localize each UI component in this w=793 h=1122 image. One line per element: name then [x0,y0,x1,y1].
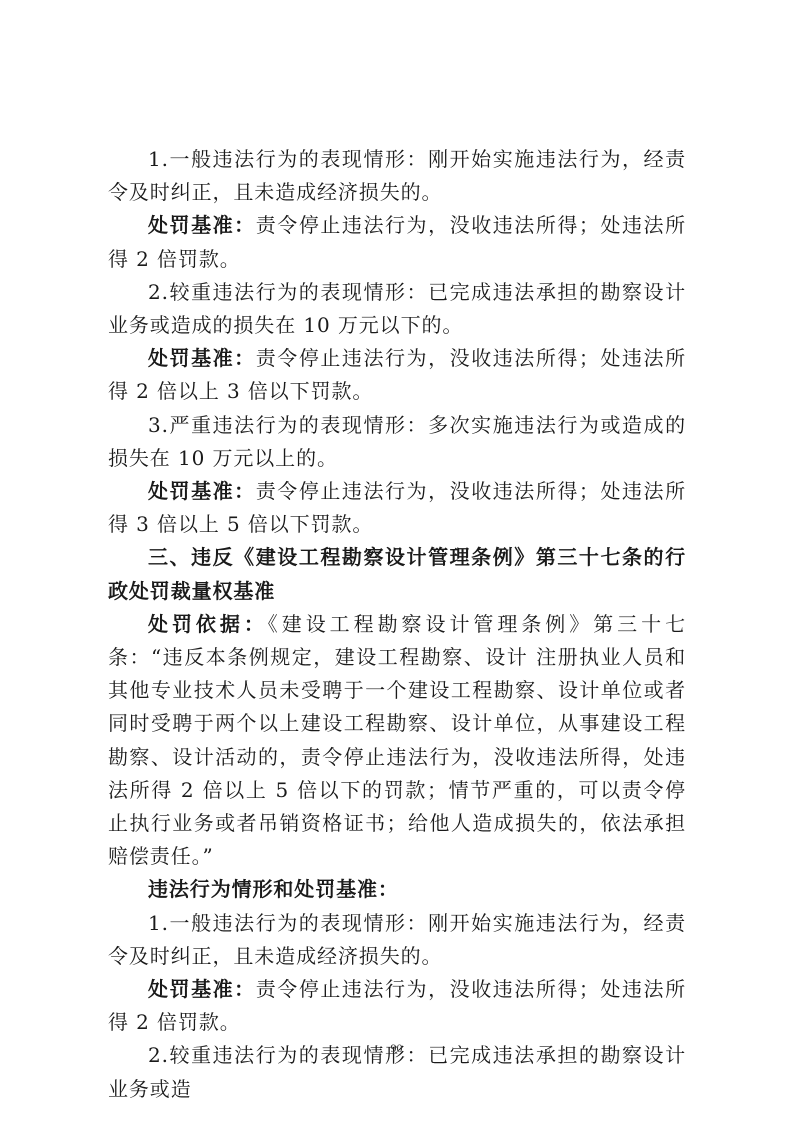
paragraph-penalty-standard: 处罚基准：责令停止违法行为，没收违法所得；处违法所得 3 倍以上 5 倍以下罚款… [108,475,686,541]
penalty-standard-label: 处罚基准： [148,479,256,503]
subsection-heading: 违法行为情形和处罚基准： [108,873,686,906]
document-body: 1.一般违法行为的表现情形：刚开始实施违法行为，经责令及时纠正，且未造成经济损失… [108,143,686,1106]
paragraph-penalty-basis: 处罚依据：《建设工程勘察设计管理条例》第三十七条：“违反本条例规定，建设工程勘察… [108,608,686,874]
paragraph-penalty-standard: 处罚基准：责令停止违法行为，没收违法所得；处违法所得 2 倍以上 3 倍以下罚款… [108,342,686,408]
section-heading: 三、违反《建设工程勘察设计管理条例》第三十七条的行政处罚裁量权基准 [108,541,686,607]
paragraph-penalty-standard: 处罚基准：责令停止违法行为，没收违法所得；处违法所得 2 倍罚款。 [108,973,686,1039]
page-number: 90 [0,1041,793,1056]
paragraph-serious-violation: 2.较重违法行为的表现情形：已完成违法承担的勘察设计业务或造成的损失在 10 万… [108,276,686,342]
paragraph-general-violation: 1.一般违法行为的表现情形：刚开始实施违法行为，经责令及时纠正，且未造成经济损失… [108,907,686,973]
paragraph-general-violation: 1.一般违法行为的表现情形：刚开始实施违法行为，经责令及时纠正，且未造成经济损失… [108,143,686,209]
penalty-standard-label: 处罚基准： [148,977,256,1001]
paragraph-severe-violation: 3.严重违法行为的表现情形：多次实施违法行为或造成的损失在 10 万元以上的。 [108,409,686,475]
paragraph-penalty-standard: 处罚基准：责令停止违法行为，没收违法所得；处违法所得 2 倍罚款。 [108,209,686,275]
penalty-standard-label: 处罚基准： [148,213,256,237]
penalty-basis-label: 处罚依据： [148,612,268,636]
penalty-standard-label: 处罚基准： [148,346,256,370]
